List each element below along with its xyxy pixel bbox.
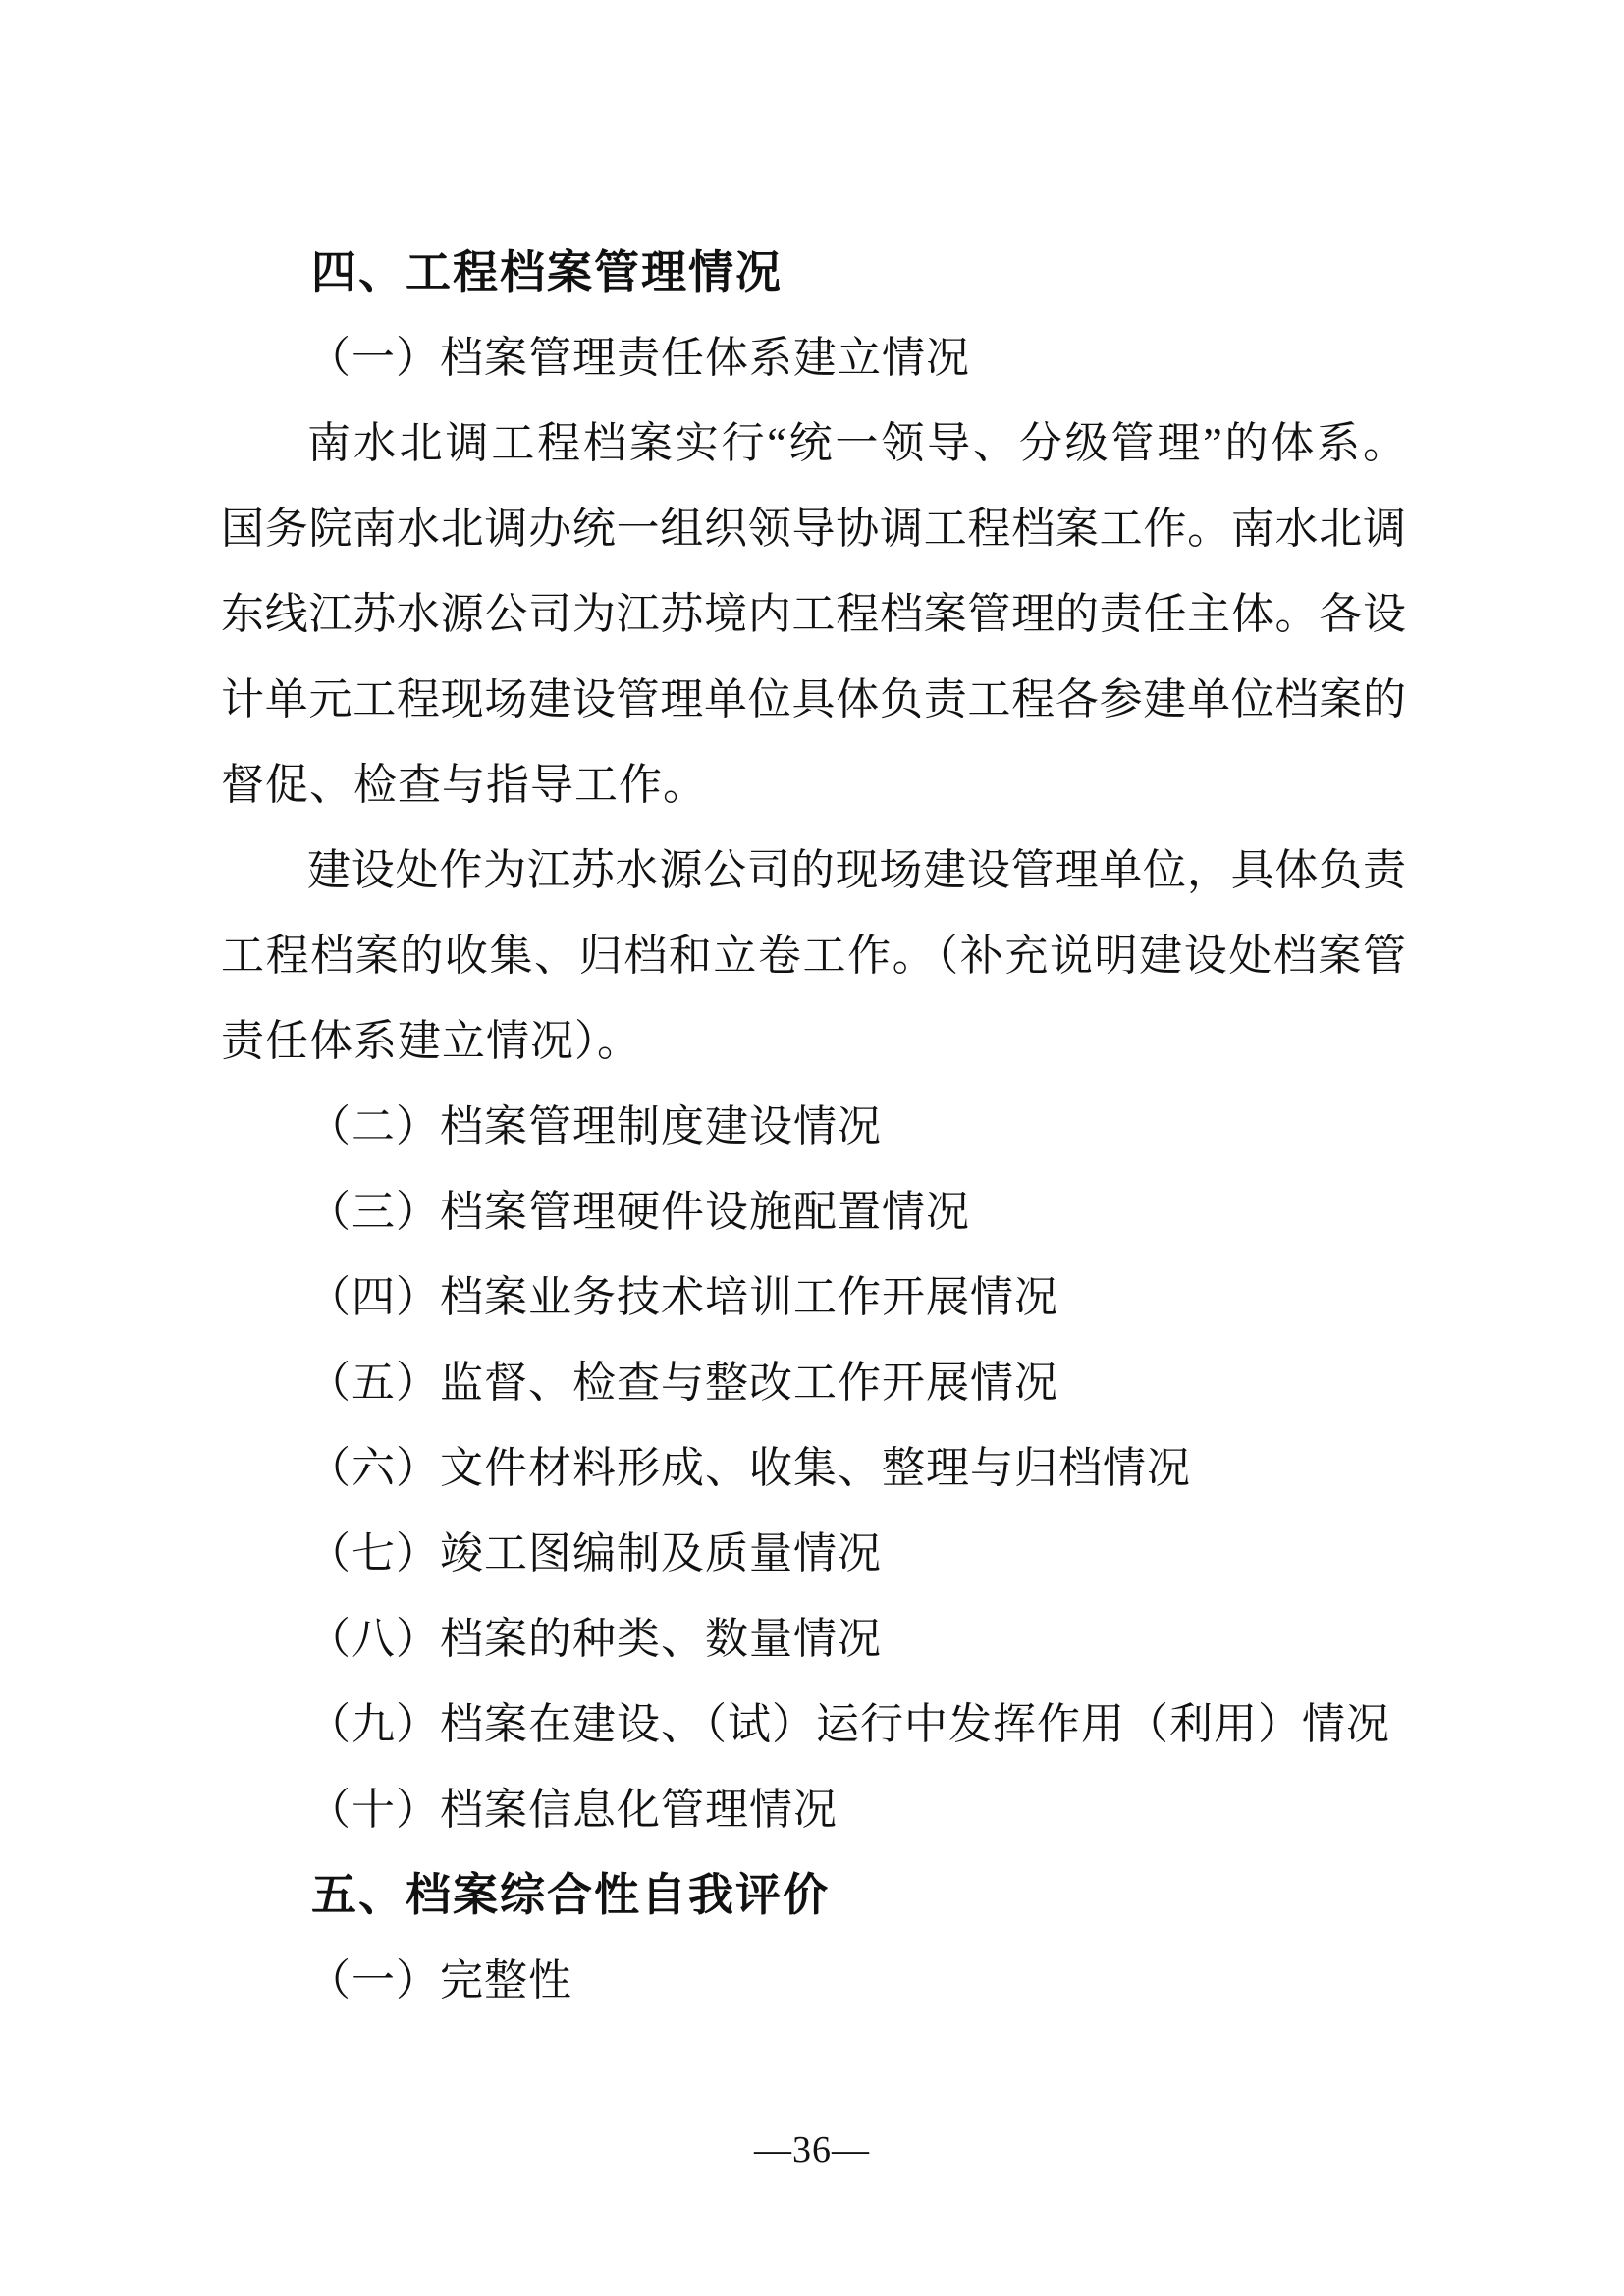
paragraph-line: 责任体系建立情况）。 — [221, 998, 1406, 1084]
document-body: 四、工程档案管理情况 （一）档案管理责任体系建立情况 南水北调工程档案实行“统一… — [221, 230, 1406, 2023]
section-heading-5: 五、档案综合性自我评价 — [221, 1852, 1406, 1938]
subsection-heading-4-7: （七）竣工图编制及质量情况 — [221, 1511, 1406, 1596]
paragraph-line: 计单元工程现场建设管理单位具体负责工程各参建单位档案的 — [221, 657, 1406, 742]
paragraph-line: 国务院南水北调办统一组织领导协调工程档案工作。南水北调 — [221, 486, 1406, 571]
subsection-heading-4-2: （二）档案管理制度建设情况 — [221, 1084, 1406, 1169]
subsection-heading-4-10: （十）档案信息化管理情况 — [221, 1767, 1406, 1852]
subsection-heading-5-1: （一）完整性 — [221, 1938, 1406, 2023]
subsection-heading-4-9: （九）档案在建设、（试）运行中发挥作用（利用）情况 — [221, 1682, 1406, 1767]
paragraph-line: 建设处作为江苏水源公司的现场建设管理单位，具体负责 — [221, 828, 1406, 913]
paragraph-line: 东线江苏水源公司为江苏境内工程档案管理的责任主体。各设 — [221, 571, 1406, 657]
subsection-heading-4-6: （六）文件材料形成、收集、整理与归档情况 — [221, 1425, 1406, 1511]
paragraph-line: 工程档案的收集、归档和立卷工作。（补充说明建设处档案管理 — [221, 913, 1406, 998]
paragraph-line: 督促、检查与指导工作。 — [221, 742, 1406, 828]
document-page: 四、工程档案管理情况 （一）档案管理责任体系建立情况 南水北调工程档案实行“统一… — [0, 0, 1624, 2296]
page-number: —36— — [0, 2120, 1624, 2179]
subsection-heading-4-3: （三）档案管理硬件设施配置情况 — [221, 1169, 1406, 1255]
subsection-heading-4-5: （五）监督、检查与整改工作开展情况 — [221, 1340, 1406, 1425]
subsection-heading-4-1: （一）档案管理责任体系建立情况 — [221, 315, 1406, 400]
section-heading-4: 四、工程档案管理情况 — [221, 230, 1406, 315]
subsection-heading-4-8: （八）档案的种类、数量情况 — [221, 1596, 1406, 1682]
paragraph-line: 南水北调工程档案实行“统一领导、分级管理”的体系。 — [221, 400, 1406, 486]
subsection-heading-4-4: （四）档案业务技术培训工作开展情况 — [221, 1255, 1406, 1340]
